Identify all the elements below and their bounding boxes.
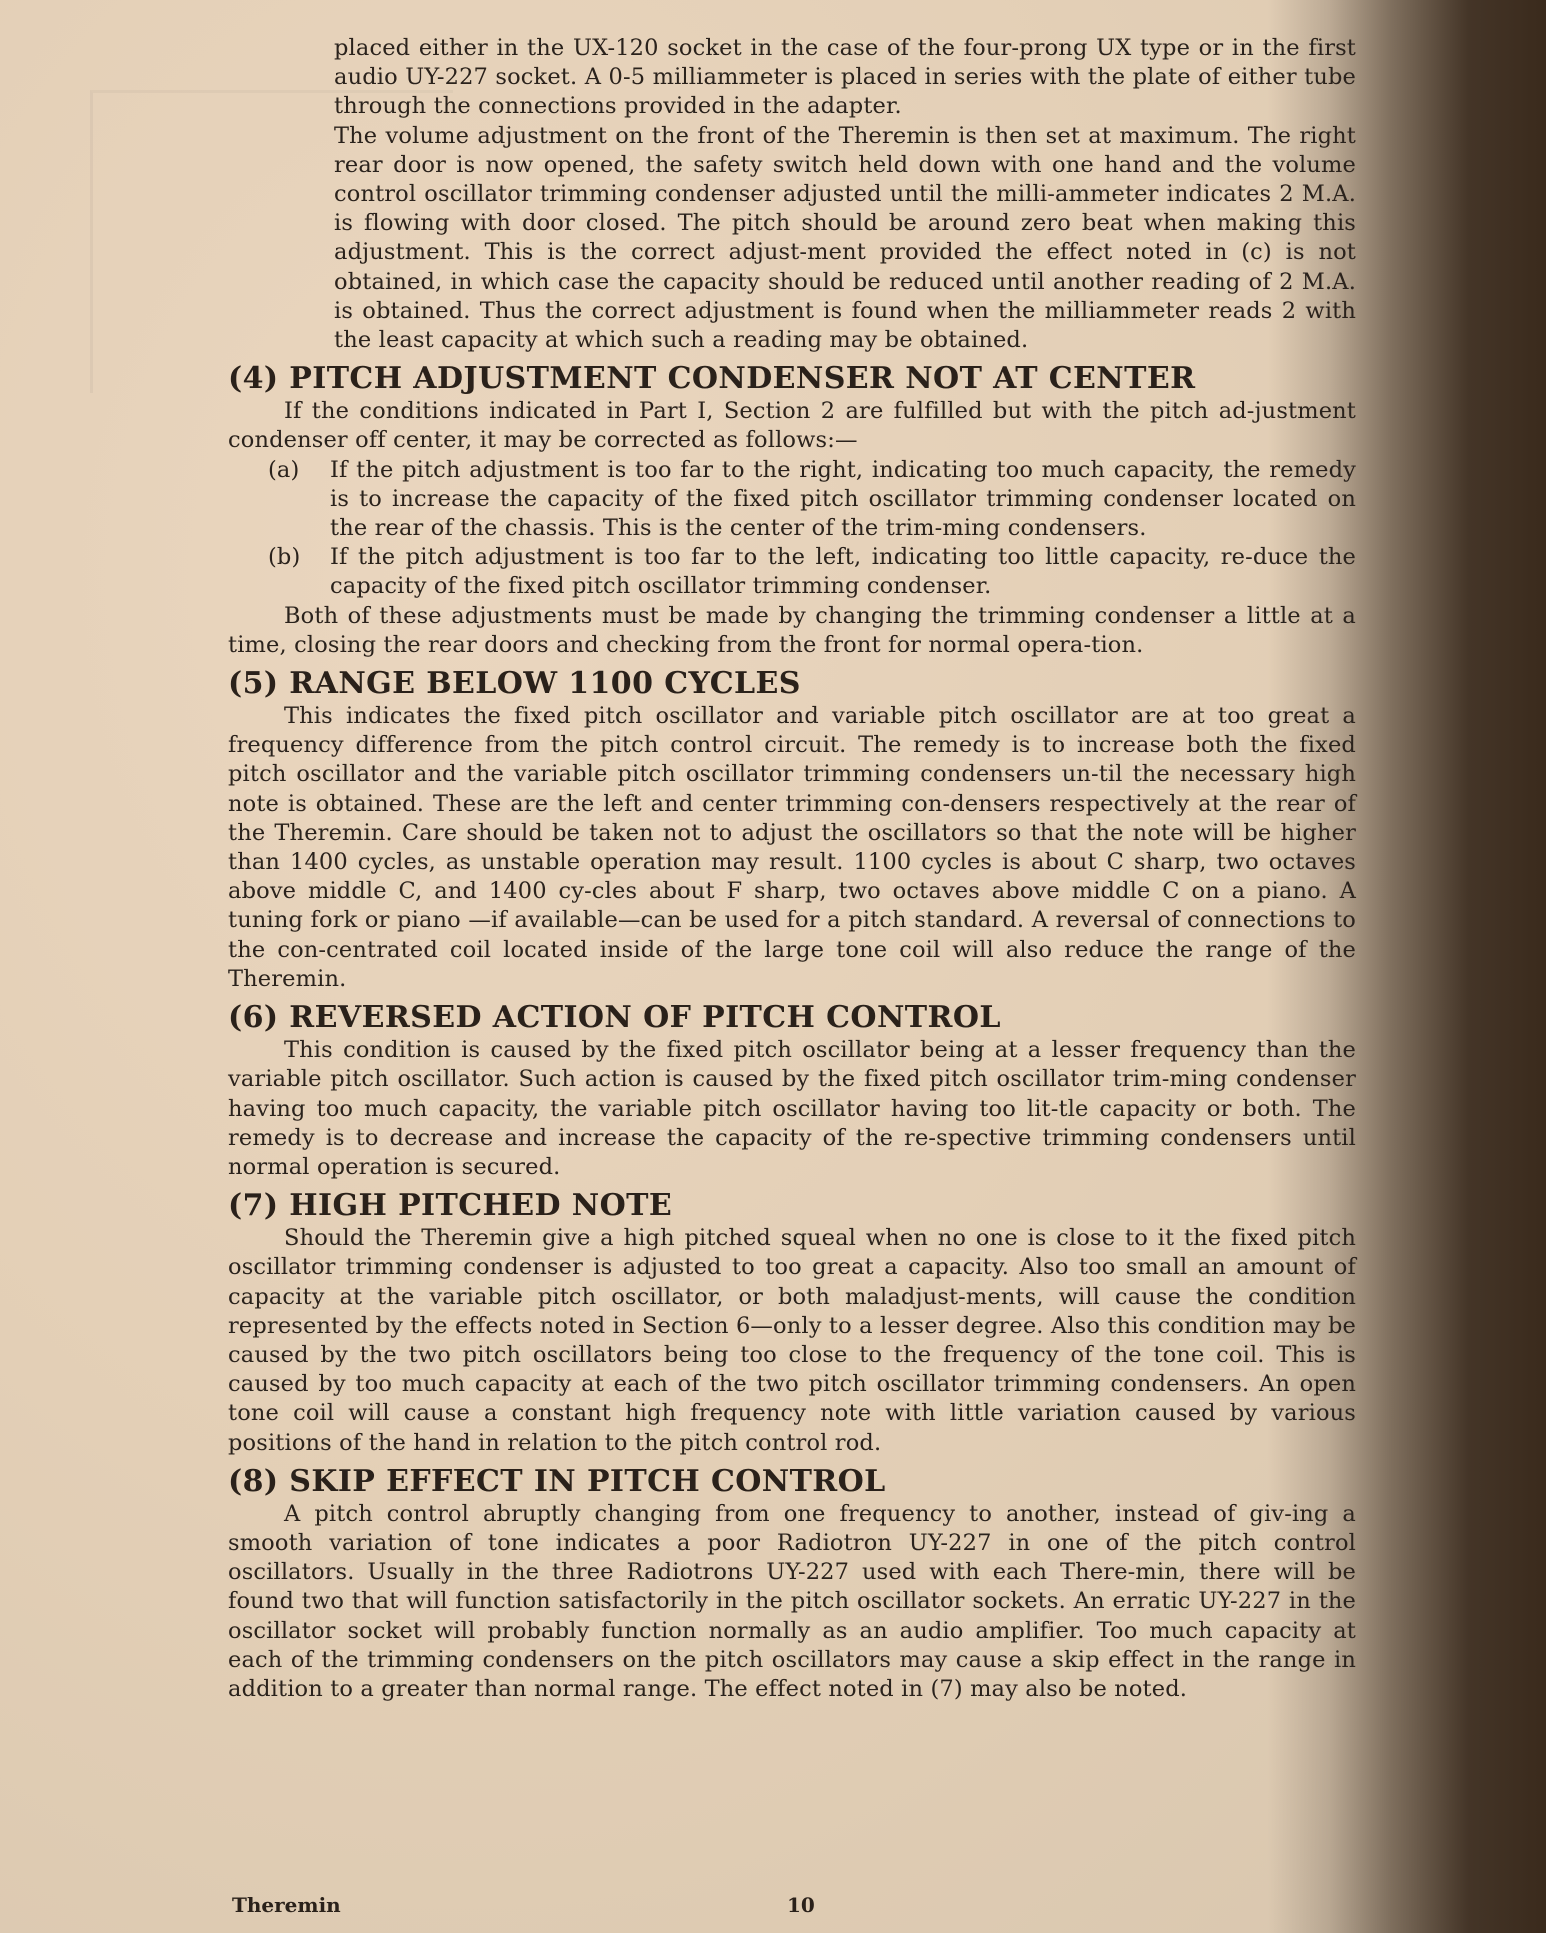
intro-paragraph-1: placed either in the UX-120 socket in th…	[228, 34, 1356, 122]
item-label: (b)	[228, 543, 330, 601]
section-8-heading: (8) SKIP EFFECT IN PITCH CONTROL	[228, 1464, 1356, 1500]
page-content: placed either in the UX-120 socket in th…	[228, 34, 1356, 1704]
section-4-intro: If the conditions indicated in Part I, S…	[228, 397, 1356, 455]
section-6-heading: (6) REVERSED ACTION OF PITCH CONTROL	[228, 1000, 1356, 1036]
section-8-body: A pitch control abruptly changing from o…	[228, 1500, 1356, 1704]
item-label: (a)	[228, 456, 330, 544]
section-5-heading: (5) RANGE BELOW 1100 CYCLES	[228, 666, 1356, 702]
page-number: 10	[787, 1893, 815, 1917]
intro-paragraph-2: The volume adjustment on the front of th…	[228, 122, 1356, 356]
section-4-item-a: (a) If the pitch adjustment is too far t…	[228, 456, 1356, 544]
footer-title: Theremin	[232, 1893, 341, 1917]
section-5-body: This indicates the fixed pitch oscillato…	[228, 702, 1356, 994]
section-4-outro: Both of these adjustments must be made b…	[228, 602, 1356, 660]
section-7-heading: (7) HIGH PITCHED NOTE	[228, 1188, 1356, 1224]
section-6-body: This condition is caused by the fixed pi…	[228, 1036, 1356, 1182]
section-7-body: Should the Theremin give a high pitched …	[228, 1224, 1356, 1458]
item-text: If the pitch adjustment is too far to th…	[330, 543, 1356, 601]
item-text: If the pitch adjustment is too far to th…	[330, 456, 1356, 544]
section-4-heading: (4) PITCH ADJUSTMENT CONDENSER NOT AT CE…	[228, 361, 1356, 397]
section-4-item-b: (b) If the pitch adjustment is too far t…	[228, 543, 1356, 601]
